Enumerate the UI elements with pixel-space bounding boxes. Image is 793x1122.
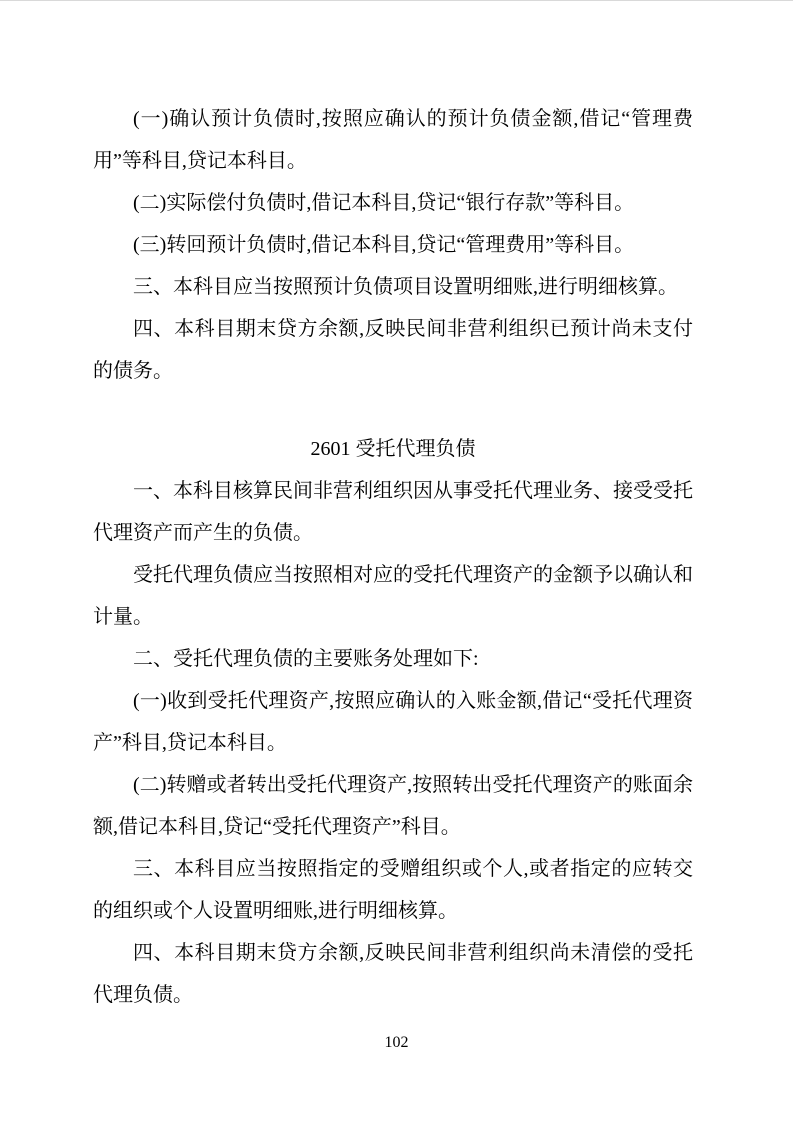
- paragraph: 三、本科目应当按照指定的受赠组织或个人,或者指定的应转交的组织或个人设置明细账,…: [93, 848, 693, 932]
- paragraph: (一)收到受托代理资产,按照应确认的入账金额,借记“受托代理资产”科目,贷记本科…: [93, 680, 693, 764]
- paragraph: (二)实际偿付负债时,借记本科目,贷记“银行存款”等科目。: [93, 182, 693, 224]
- page-content: (一)确认预计负债时,按照应确认的预计负债金额,借记“管理费用”等科目,贷记本科…: [93, 98, 693, 1016]
- paragraph: (二)转赠或者转出受托代理资产,按照转出受托代理资产的账面余额,借记本科目,贷记…: [93, 764, 693, 848]
- paragraph: 四、本科目期末贷方余额,反映民间非营利组织已预计尚未支付的债务。: [93, 308, 693, 392]
- section-heading: 2601 受托代理负债: [93, 428, 693, 470]
- paragraph: 三、本科目应当按照预计负债项目设置明细账,进行明细核算。: [93, 266, 693, 308]
- paragraph: 二、受托代理负债的主要账务处理如下:: [93, 638, 693, 680]
- paragraph: 一、本科目核算民间非营利组织因从事受托代理业务、接受受托代理资产而产生的负债。: [93, 470, 693, 554]
- document-page: (一)确认预计负债时,按照应确认的预计负债金额,借记“管理费用”等科目,贷记本科…: [0, 0, 793, 1122]
- paragraph: 四、本科目期末贷方余额,反映民间非营利组织尚未清偿的受托代理负债。: [93, 932, 693, 1016]
- paragraph: 受托代理负债应当按照相对应的受托代理资产的金额予以确认和计量。: [93, 554, 693, 638]
- paragraph: (一)确认预计负债时,按照应确认的预计负债金额,借记“管理费用”等科目,贷记本科…: [93, 98, 693, 182]
- page-number: 102: [0, 1033, 793, 1053]
- paragraph: (三)转回预计负债时,借记本科目,贷记“管理费用”等科目。: [93, 224, 693, 266]
